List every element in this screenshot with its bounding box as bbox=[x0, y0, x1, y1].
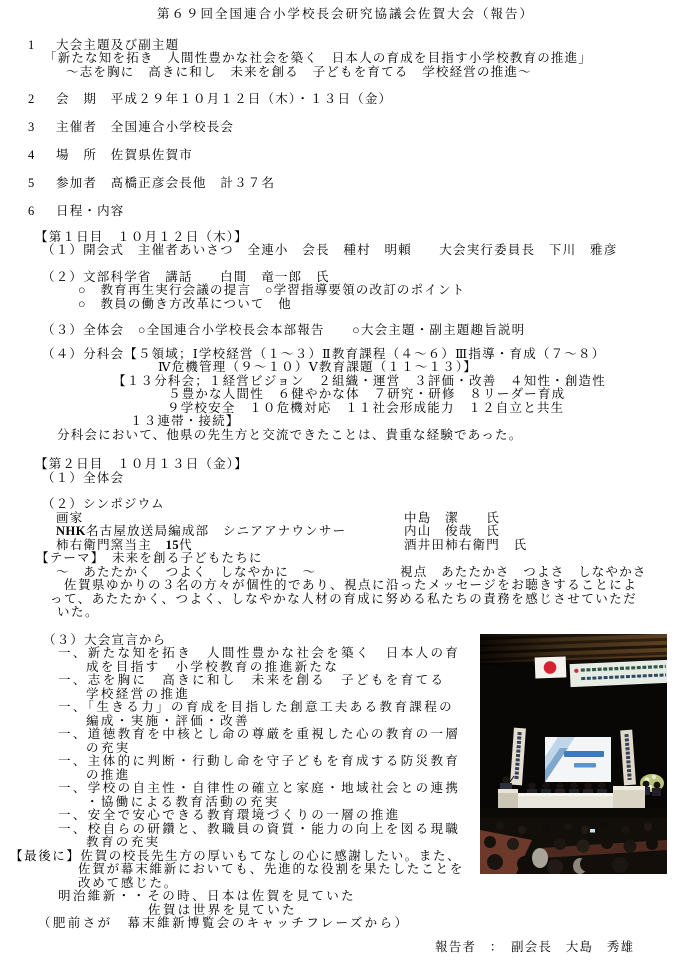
day1-subcommittee-line: １３連帯・接続】 bbox=[130, 415, 691, 429]
speaker-role: 画家 bbox=[56, 512, 404, 526]
item-text-session: 会 期 平成２９年１０月１２日（木）・１３日（金） bbox=[56, 92, 392, 106]
day1-subcommittee-note: 分科会において、他県の先生方と交流できたことは、貴重な経験であった。 bbox=[57, 429, 691, 443]
symposium-impression-line: いた。 bbox=[57, 606, 691, 620]
symposium-speaker-row: 柿右衛門窯当主 15代 酒井田柿右衛門 氏 bbox=[56, 539, 691, 553]
item-number-6: 6 bbox=[28, 205, 35, 219]
symposium-speaker-row: 画家 中島 潔 氏 bbox=[56, 512, 691, 526]
item-text-place: 場 所 佐賀県佐賀市 bbox=[56, 148, 193, 162]
meta-items: 2 会 期 平成２９年１０月１２日（木）・１３日（金） 3 主催者 全国連合小学… bbox=[0, 93, 691, 219]
theme-main-line: 「新たな知を拓き 人間性豊かな社会を築く 日本人の育成を目指す小学校教育の推進」 bbox=[44, 52, 691, 66]
day2-heading: 【第２日目 １０月１３日（金）】 bbox=[35, 458, 691, 472]
day1-plenary-line: （３）全体会 ○全国連合小学校長会本部報告 ○大会主題・副主題趣旨説明 bbox=[42, 324, 691, 338]
symposium-impression-line: って、あたたかく、つよく、しなやかな人材の育成に努める私たちの責務を感じさせてい… bbox=[50, 593, 691, 607]
item-row-place: 4 場 所 佐賀県佐賀市 bbox=[0, 149, 691, 163]
item-number-4: 4 bbox=[28, 149, 35, 163]
day1-subcommittee-line: ９学校安全 １０危機対応 １１社会形成能力 １２自立と共生 bbox=[167, 402, 691, 416]
speaker-name: 酒井田柿右衛門 氏 bbox=[404, 539, 527, 553]
projection-screen bbox=[545, 737, 611, 782]
speaker-org-bold: NHK bbox=[56, 524, 86, 538]
speaker-role-text: 柿右衛門窯当主 bbox=[56, 538, 166, 552]
item-text-organizer: 主催者 全国連合小学校長会 bbox=[56, 120, 234, 134]
conference-hall-photo bbox=[480, 634, 667, 874]
day1-lecture-point: ○ 教員の働き方改革について 他 bbox=[78, 298, 691, 312]
symposium-speaker-row: NHK名古屋放送局編成部 シニアアナウンサー 内山 俊哉 氏 bbox=[56, 525, 691, 539]
symposium-theme-line: 【テーマ】 未来を創る子どもたちに bbox=[36, 552, 691, 566]
day1-subcommittee-line: Ⅳ危機管理（９～１０）Ⅴ教育課題（１１～１３）】 bbox=[158, 361, 691, 375]
day1-lecture-point: ○ 教育再生実行会議の提言 ○学習指導要領の改訂のポイント bbox=[78, 284, 691, 298]
speaker-role: 柿右衛門窯当主 15代 bbox=[56, 539, 404, 553]
day1-subcommittee-line: 【１３分科会；１経営ビジョン ２組織・運営 ３評価・改善 ４知性・創造性 bbox=[113, 375, 691, 389]
day1-lecture-line: （２）文部科学省 講話 白間 竜一郎 氏 bbox=[42, 271, 691, 285]
stage-banner bbox=[570, 660, 667, 687]
item-row-schedule: 6 日程・内容 bbox=[0, 205, 691, 219]
day2-plenary-line: （１）全体会 bbox=[42, 472, 691, 486]
closing-line: 明治維新・・その時、日本は佐賀を見ていた bbox=[58, 890, 691, 904]
audience bbox=[480, 818, 667, 874]
day1-subcommittee-line: （４）分科会【５領域；Ⅰ学校経営（１～３）Ⅱ教育課程（４～６）Ⅲ指導・育成（７～… bbox=[42, 348, 691, 362]
page-title: 第６９回全国連合小学校長会研究協議会佐賀大会（報告） bbox=[0, 0, 691, 22]
item-number-2: 2 bbox=[28, 93, 35, 107]
japan-flag-icon bbox=[535, 656, 567, 678]
item-row-participants: 5 参加者 髙橋正彦会長他 計３７名 bbox=[0, 177, 691, 191]
speaker-name: 内山 俊哉 氏 bbox=[404, 525, 500, 539]
reporter-line: 報告者 ： 副会長 大島 秀雄 bbox=[435, 941, 691, 955]
speaker-role-text: 名古屋放送局編成部 シニアアナウンサー bbox=[86, 524, 346, 538]
item-row-organizer: 3 主催者 全国連合小学校長会 bbox=[0, 121, 691, 135]
report-page: 第６９回全国連合小学校長会研究協議会佐賀大会（報告） 1 大会主題及び副主題 「… bbox=[0, 0, 691, 970]
conference-hall-photo-svg bbox=[480, 634, 667, 874]
day1-subcommittee-line: ５豊かな人間性 ６健やかな体 ７研究・研修 ８リーダー育成 bbox=[168, 388, 691, 402]
theme-sub-line: ～志を胸に 高きに和し 未来を創る 子どもを育てる 学校経営の推進～ bbox=[66, 66, 691, 80]
item-text-schedule: 日程・内容 bbox=[56, 204, 125, 218]
item-number-3: 3 bbox=[28, 121, 35, 135]
speaker-name: 中島 潔 氏 bbox=[404, 512, 500, 526]
symposium-impression-line: 佐賀県ゆかりの３名の方々が個性的であり、視点に沿ったメッセージをお聴きすることに… bbox=[64, 579, 691, 593]
day2-symposium-heading: （２）シンポジウム bbox=[42, 498, 691, 512]
item-number-1: 1 bbox=[28, 39, 35, 53]
symposium-theme-sub-row: ～ あたたかく つよく しなやかに ～ 視点 あたたかさ つよさ しなやかさ bbox=[56, 566, 691, 580]
theme-heading-row: 1 大会主題及び副主題 bbox=[0, 39, 691, 53]
closing-line: 佐賀は世界を見ていた bbox=[148, 904, 691, 918]
section-theme: 1 大会主題及び副主題 「新たな知を拓き 人間性豊かな社会を築く 日本人の育成を… bbox=[0, 39, 691, 80]
theme-heading: 大会主題及び副主題 bbox=[56, 38, 179, 52]
item-text-participants: 参加者 髙橋正彦会長他 計３７名 bbox=[56, 176, 275, 190]
item-number-5: 5 bbox=[28, 177, 35, 191]
day1-opening-line: （１）開会式 主催者あいさつ 全連小 会長 種村 明頼 大会実行委員長 下川 雅… bbox=[42, 244, 691, 258]
day1-heading: 【第１日目 １０月１２日（木）】 bbox=[35, 231, 691, 245]
symposium-viewpoints: 視点 あたたかさ つよさ しなやかさ bbox=[400, 566, 647, 580]
speaker-generation-bold: 15 bbox=[166, 538, 180, 552]
speaker-role: NHK名古屋放送局編成部 シニアアナウンサー bbox=[56, 525, 404, 539]
closing-line: （肥前さが 幕末維新博覧会のキャッチフレーズから） bbox=[38, 917, 691, 931]
item-row-session: 2 会 期 平成２９年１０月１２日（木）・１３日（金） bbox=[0, 93, 691, 107]
symposium-theme-sub: ～ あたたかく つよく しなやかに ～ bbox=[56, 566, 400, 580]
closing-line: 改めて感じた。 bbox=[78, 877, 691, 891]
speaker-role-suffix: 代 bbox=[179, 538, 193, 552]
